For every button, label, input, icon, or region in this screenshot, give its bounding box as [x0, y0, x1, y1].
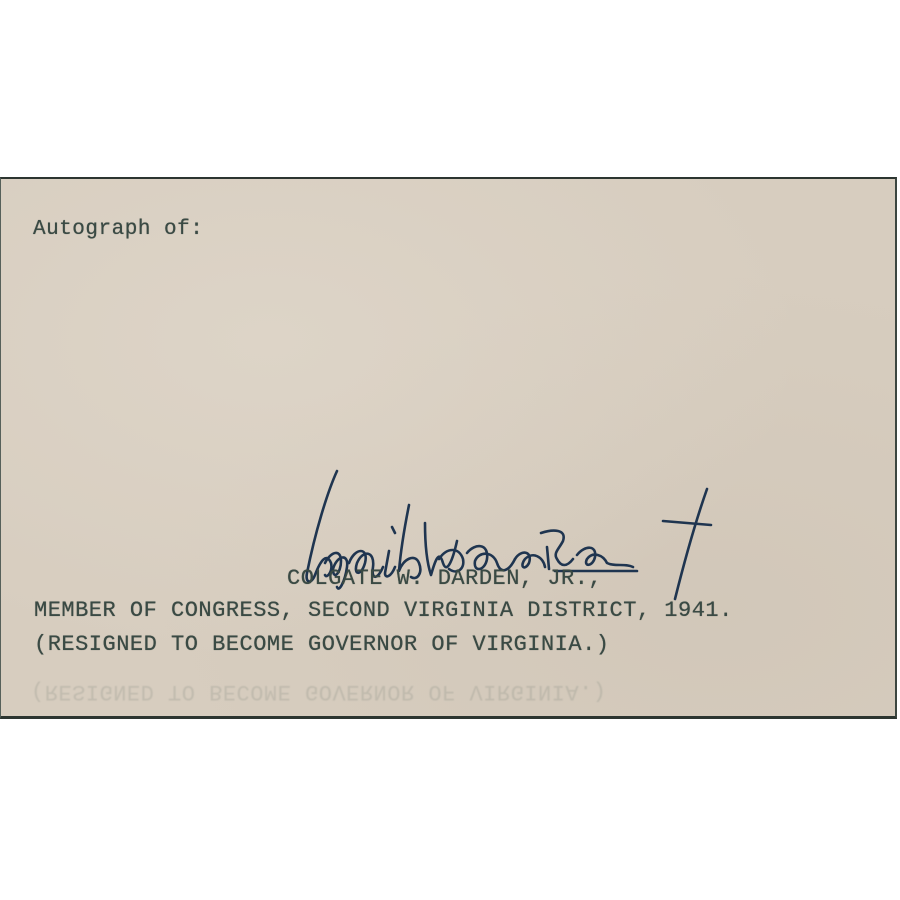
typed-name-line: COLGATE W. DARDEN, JR., [287, 568, 602, 590]
typed-note-line: (RESIGNED TO BECOME GOVERNOR OF VIRGINIA… [34, 634, 610, 656]
bleed-through-text: (RESIGNED TO BECOME GOVERNOR OF VIRGINIA… [31, 679, 607, 704]
autograph-card: Autograph of: (RESIGNED TO BECOME GOVERN… [0, 177, 897, 719]
autograph-of-label: Autograph of: [33, 219, 203, 240]
typed-office-line: MEMBER OF CONGRESS, SECOND VIRGINIA DIST… [34, 600, 733, 622]
page: Autograph of: (RESIGNED TO BECOME GOVERN… [0, 0, 900, 900]
